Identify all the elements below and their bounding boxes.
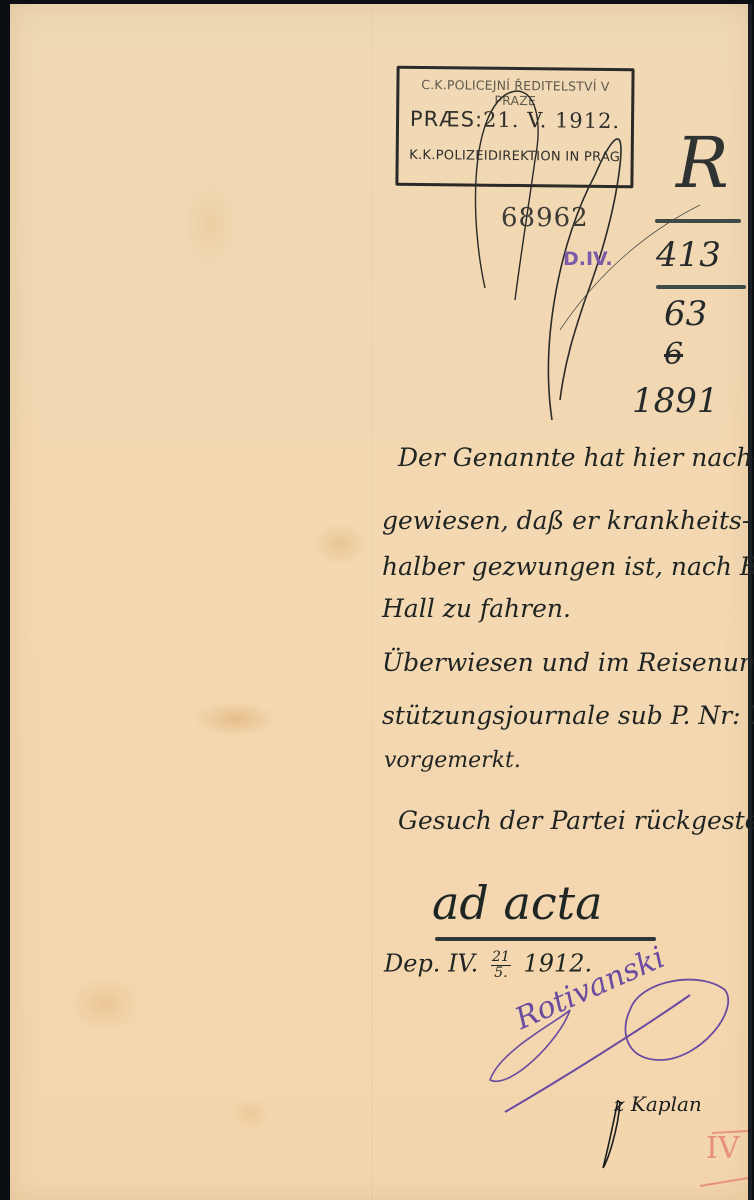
handwritten-line-3: halber gezwungen ist, nach Bad- <box>382 554 754 579</box>
handwritten-line-4: Hall zu fahren. <box>382 596 571 621</box>
stamp-czech-line: C.K.POLICEJNÍ ŘEDITELSTVÍ V PRAZE <box>399 77 631 109</box>
registry-number: 68962 <box>501 203 589 233</box>
file-divider-1 <box>655 219 741 223</box>
file-year: 1891 <box>632 384 719 418</box>
file-letter: R <box>676 128 729 198</box>
file-divider-2 <box>656 285 746 289</box>
department-prefix: Dep. IV. <box>384 950 478 978</box>
date-day: 21 <box>491 950 511 966</box>
department-date-line: Dep. IV. 21 5. 1912. <box>384 950 592 980</box>
handwritten-line-5: Überwiesen und im Reisenunter- <box>382 650 754 675</box>
handwritten-line-6: stützungsjournale sub P. Nr: 770 <box>382 703 754 728</box>
handwritten-line-1: Der Genannte hat hier nach- <box>398 445 754 470</box>
handwritten-line-7: vorgemerkt. <box>384 750 521 772</box>
file-number-3: 6 <box>664 340 683 370</box>
stamp-prefix: PRÆS: <box>410 107 483 132</box>
department-stamp: D.IV. <box>563 248 613 270</box>
ad-acta-note: ad acta <box>432 880 603 926</box>
stamp-date: 21. V. 1912. <box>483 108 620 133</box>
handwritten-line-8: Gesuch der Partei rückgestellt. <box>398 808 754 833</box>
file-number-1: 413 <box>656 238 721 272</box>
kaplan-signature: z Kaplan <box>614 1092 702 1116</box>
stamp-date-line: PRÆS:21. V. 1912. <box>399 107 631 133</box>
file-number-2: 63 <box>664 297 707 331</box>
stamp-german-line: K.K.POLIZEIDIREKTION IN PRAG <box>399 148 631 165</box>
date-fraction: 21 5. <box>491 950 511 980</box>
red-crayon-mark: IV <box>706 1134 740 1164</box>
police-directorate-stamp: C.K.POLICEJNÍ ŘEDITELSTVÍ V PRAZE PRÆS:2… <box>395 66 634 188</box>
pen-strokes <box>0 0 754 1200</box>
ad-acta-underline <box>435 937 656 941</box>
handwritten-line-2: gewiesen, daß er krankheits- <box>382 508 750 533</box>
date-month: 5. <box>491 966 511 981</box>
